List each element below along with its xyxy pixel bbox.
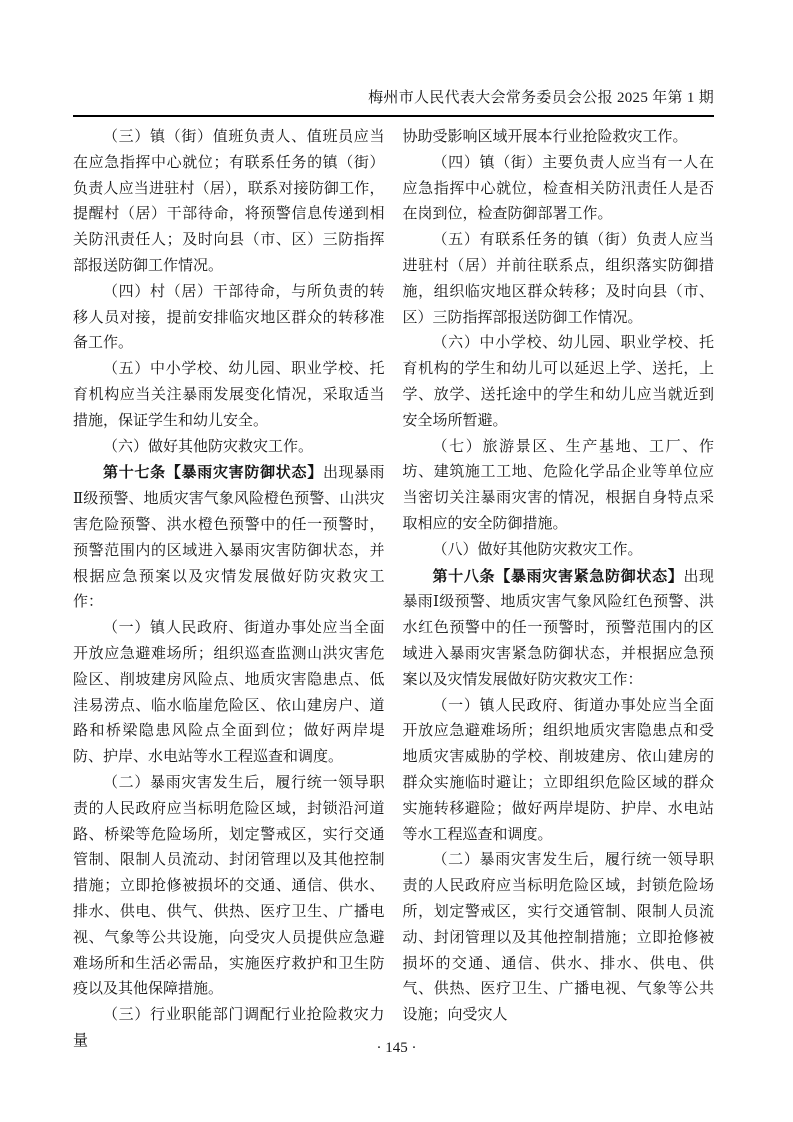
clause-heading: 第十八条【暴雨灾害紧急防御状态】 (433, 568, 684, 585)
paragraph: （一）镇人民政府、街道办事处应当全面开放应急避难场所；组织地质灾害隐患点和受地质… (403, 694, 715, 849)
text-column-left: （三）镇（街）值班负责人、值班员应当在应急指挥中心就位；有联系任务的镇（街）负责… (73, 125, 385, 1055)
paragraph-continuation: 协助受影响区域开展本行业抢险救灾工作。 (403, 125, 715, 151)
paragraph: （二）暴雨灾害发生后，履行统一领导职责的人民政府应当标明危险区域，封锁危险场所，… (403, 848, 715, 1029)
gazette-page: 梅州市人民代表大会常务委员会公报 2025 年第 1 期 （三）镇（街）值班负责… (0, 0, 793, 1122)
paragraph: （一）镇人民政府、街道办事处应当全面开放应急避难场所；组织巡查监测山洪灾害危险区… (73, 616, 385, 771)
paragraph-text: （一）镇人民政府、街道办事处应当全面开放应急避难场所；组织地质灾害隐患点和受地质… (403, 698, 715, 843)
paragraph-text: （四）镇（街）主要负责人应当有一人在应急指挥中心就位，检查相关防汛责任人是否在岗… (403, 155, 715, 223)
clause-heading: 第十七条【暴雨灾害防御状态】 (103, 464, 323, 481)
paragraph-text: （七）旅游景区、生产基地、工厂、作坊、建筑施工工地、危险化学品企业等单位应当密切… (403, 439, 715, 532)
text-column-right: 协助受影响区域开展本行业抢险救灾工作。 （四）镇（街）主要负责人应当有一人在应急… (403, 125, 715, 1055)
paragraph-text: （八）做好其他防灾救灾工作。 (433, 542, 643, 558)
paragraph-article-17: 第十七条【暴雨灾害防御状态】出现暴雨Ⅱ级预警、地质灾害气象风险橙色预警、山洪灾害… (73, 460, 385, 616)
text-columns: （三）镇（街）值班负责人、值班员应当在应急指挥中心就位；有联系任务的镇（街）负责… (73, 125, 714, 1055)
paragraph-text: （三）镇（街）值班负责人、值班员应当在应急指挥中心就位；有联系任务的镇（街）负责… (73, 129, 385, 274)
paragraph: （八）做好其他防灾救灾工作。 (403, 538, 715, 564)
paragraph-text: （一）镇人民政府、街道办事处应当全面开放应急避难场所；组织巡查监测山洪灾害危险区… (73, 620, 385, 765)
paragraph-text: （五）中小学校、幼儿园、职业学校、托育机构应当关注暴雨发展变化情况，采取适当措施… (73, 361, 385, 429)
paragraph: （三）镇（街）值班负责人、值班员应当在应急指挥中心就位；有联系任务的镇（街）负责… (73, 125, 385, 280)
journal-title: 梅州市人民代表大会常务委员会公报 2025 年第 1 期 (368, 90, 714, 106)
paragraph: （二）暴雨灾害发生后，履行统一领导职责的人民政府应当标明危险区域，封锁沿河道路、… (73, 771, 385, 1003)
paragraph: （六）中小学校、幼儿园、职业学校、托育机构的学生和幼儿可以延迟上学、送托，上学、… (403, 331, 715, 434)
paragraph: （四）镇（街）主要负责人应当有一人在应急指挥中心就位，检查相关防汛责任人是否在岗… (403, 151, 715, 228)
paragraph-article-18: 第十八条【暴雨灾害紧急防御状态】出现暴雨Ⅰ级预警、地质灾害气象风险红色预警、洪水… (403, 564, 715, 694)
paragraph: （五）中小学校、幼儿园、职业学校、托育机构应当关注暴雨发展变化情况，采取适当措施… (73, 357, 385, 434)
paragraph: （七）旅游景区、生产基地、工厂、作坊、建筑施工工地、危险化学品企业等单位应当密切… (403, 435, 715, 538)
paragraph-text: 出现暴雨Ⅰ级预警、地质灾害气象风险红色预警、洪水红色预警中的任一预警时，预警范围… (403, 569, 715, 688)
paragraph-text: 协助受影响区域开展本行业抢险救灾工作。 (403, 129, 688, 145)
paragraph-text: （二）暴雨灾害发生后，履行统一领导职责的人民政府应当标明危险区域，封锁沿河道路、… (73, 775, 385, 997)
page-number: · 145 · (377, 1040, 417, 1056)
paragraph-text: （四）村（居）干部待命，与所负责的转移人员对接，提前安排临灾地区群众的转移准备工… (73, 284, 385, 352)
paragraph: （五）有联系任务的镇（街）负责人应当进驻村（居）并前往联系点，组织落实防御措施，… (403, 228, 715, 331)
paragraph-text: （六）做好其他防灾救灾工作。 (103, 439, 313, 455)
paragraph-text: （五）有联系任务的镇（街）负责人应当进驻村（居）并前往联系点，组织落实防御措施，… (403, 232, 715, 325)
paragraph: （四）村（居）干部待命，与所负责的转移人员对接，提前安排临灾地区群众的转移准备工… (73, 280, 385, 357)
paragraph: （六）做好其他防灾救灾工作。 (73, 435, 385, 461)
paragraph-text: （六）中小学校、幼儿园、职业学校、托育机构的学生和幼儿可以延迟上学、送托，上学、… (403, 335, 715, 428)
page-footer: · 145 · (0, 1040, 793, 1057)
paragraph-text: （二）暴雨灾害发生后，履行统一领导职责的人民政府应当标明危险区域，封锁危险场所，… (403, 852, 715, 1023)
page-header: 梅州市人民代表大会常务委员会公报 2025 年第 1 期 (73, 86, 714, 117)
paragraph-text: 出现暴雨Ⅱ级预警、地质灾害气象风险橙色预警、山洪灾害危险预警、洪水橙色预警中的任… (73, 465, 385, 610)
